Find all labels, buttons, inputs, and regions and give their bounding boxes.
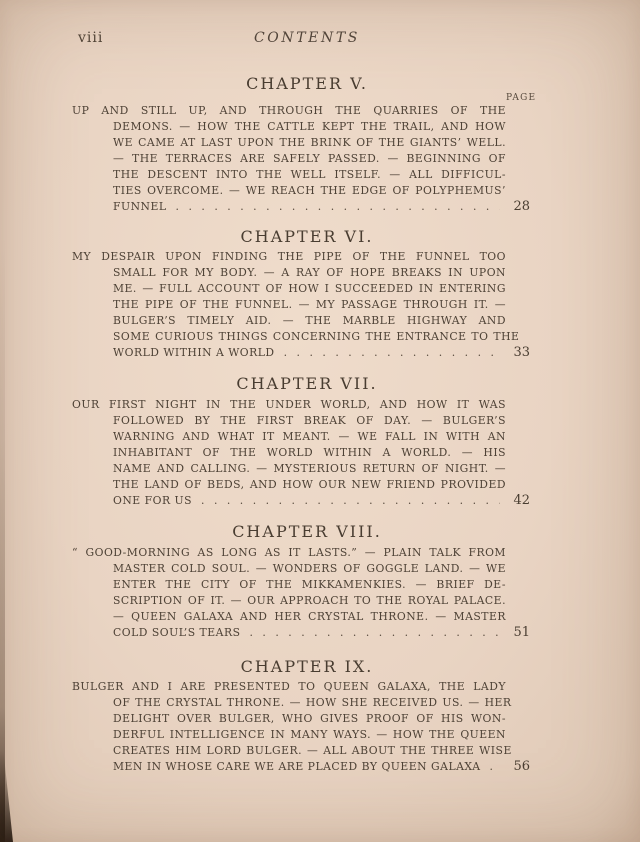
summary-line: “ GOOD-MORNING AS LONG AS IT LASTS.” — P… bbox=[72, 545, 530, 561]
dot-leader: . bbox=[490, 759, 500, 775]
summary-line: DEMONS. — HOW THE CATTLE KEPT THE TRAIL,… bbox=[72, 119, 530, 135]
summary-line: THE LAND OF BEDS, AND HOW OUR NEW FRIEND… bbox=[72, 477, 530, 493]
dot-leader: .............................. bbox=[249, 625, 500, 641]
summary-line: SCRIPTION OF IT. — OUR APPROACH TO THE R… bbox=[72, 593, 530, 609]
summary-line: NAME AND CALLING. — MYSTERIOUS RETURN OF… bbox=[72, 461, 530, 477]
summary-line: DERFUL INTELLIGENCE IN MANY WAYS. — HOW … bbox=[72, 727, 530, 743]
summary-line: THE PIPE OF THE FUNNEL. — MY PASSAGE THR… bbox=[72, 297, 530, 313]
chapter-section-ix: CHAPTER IX. BULGER AND I ARE PRESENTED T… bbox=[72, 658, 530, 775]
summary-line: CREATES HIM LORD BULGER. — ALL ABOUT THE… bbox=[72, 743, 530, 759]
chapter-summary: UP AND STILL UP, AND THROUGH THE QUARRIE… bbox=[72, 103, 530, 215]
summary-line: MASTER COLD SOUL. — WONDERS OF GOGGLE LA… bbox=[72, 561, 530, 577]
chapter-section-v: CHAPTER V. UP AND STILL UP, AND THROUGH … bbox=[72, 75, 530, 215]
chapter-section-vii: CHAPTER VII. OUR FIRST NIGHT IN THE UNDE… bbox=[72, 375, 530, 509]
summary-line: TIES OVERCOME. — WE REACH THE EDGE OF PO… bbox=[72, 183, 530, 199]
summary-line: MY DESPAIR UPON FINDING THE PIPE OF THE … bbox=[72, 249, 530, 265]
chapter-summary: “ GOOD-MORNING AS LONG AS IT LASTS.” — P… bbox=[72, 545, 530, 641]
summary-line: FUNNEL bbox=[113, 199, 167, 215]
summary-last-line: COLD SOUL’S TEARS ......................… bbox=[72, 625, 530, 641]
summary-line: WE CAME AT LAST UPON THE BRINK OF THE GI… bbox=[72, 135, 530, 151]
summary-line: BULGER’S TIMELY AID. — THE MARBLE HIGHWA… bbox=[72, 313, 530, 329]
scan-edge-shadow bbox=[0, 0, 5, 842]
summary-line: — QUEEN GALAXA AND HER CRYSTAL THRONE. —… bbox=[72, 609, 530, 625]
summary-line: COLD SOUL’S TEARS bbox=[113, 625, 240, 641]
summary-line: OF THE CRYSTAL THRONE. — HOW SHE RECEIVE… bbox=[72, 695, 530, 711]
chapter-section-viii: CHAPTER VIII. “ GOOD-MORNING AS LONG AS … bbox=[72, 523, 530, 641]
chapter-heading: CHAPTER VII. bbox=[78, 375, 536, 393]
book-page: viii CONTENTS PAGE CHAPTER V. UP AND STI… bbox=[0, 0, 640, 842]
summary-line: ENTER THE CITY OF THE MIKKAMENKIES. — BR… bbox=[72, 577, 530, 593]
summary-last-line: FUNNEL .............................. 28 bbox=[72, 199, 530, 215]
summary-line: WARNING AND WHAT IT MEANT. — WE FALL IN … bbox=[72, 429, 530, 445]
summary-line: ME. — FULL ACCOUNT OF HOW I SUCCEEDED IN… bbox=[72, 281, 530, 297]
running-head-title: CONTENTS bbox=[0, 30, 614, 46]
chapter-page-number: 56 bbox=[504, 759, 530, 775]
chapter-heading: CHAPTER VI. bbox=[78, 228, 536, 246]
chapter-summary: OUR FIRST NIGHT IN THE UNDER WORLD, AND … bbox=[72, 397, 530, 509]
chapter-page-number: 28 bbox=[504, 199, 530, 215]
summary-line: SMALL FOR MY BODY. — A RAY OF HOPE BREAK… bbox=[72, 265, 530, 281]
summary-line: OUR FIRST NIGHT IN THE UNDER WORLD, AND … bbox=[72, 397, 530, 413]
chapter-heading: CHAPTER V. bbox=[78, 75, 536, 93]
summary-line: INHABITANT OF THE WORLD WITHIN A WORLD. … bbox=[72, 445, 530, 461]
summary-last-line: MEN IN WHOSE CARE WE ARE PLACED BY QUEEN… bbox=[72, 759, 530, 775]
dot-leader: .............................. bbox=[176, 199, 500, 215]
summary-line: UP AND STILL UP, AND THROUGH THE QUARRIE… bbox=[72, 103, 530, 119]
chapter-section-vi: CHAPTER VI. MY DESPAIR UPON FINDING THE … bbox=[72, 228, 530, 361]
summary-line: WORLD WITHIN A WORLD bbox=[113, 345, 275, 361]
dot-leader: .............................. bbox=[201, 493, 500, 509]
summary-last-line: WORLD WITHIN A WORLD ...................… bbox=[72, 345, 530, 361]
summary-line: BULGER AND I ARE PRESENTED TO QUEEN GALA… bbox=[72, 679, 530, 695]
summary-last-line: ONE FOR US .............................… bbox=[72, 493, 530, 509]
summary-line: THE DESCENT INTO THE WELL ITSELF. — ALL … bbox=[72, 167, 530, 183]
chapter-heading: CHAPTER IX. bbox=[78, 658, 536, 676]
summary-line: FOLLOWED BY THE FIRST BREAK OF DAY. — BU… bbox=[72, 413, 530, 429]
summary-line: MEN IN WHOSE CARE WE ARE PLACED BY QUEEN… bbox=[113, 759, 481, 775]
summary-line: DELIGHT OVER BULGER, WHO GIVES PROOF OF … bbox=[72, 711, 530, 727]
dot-leader: .............................. bbox=[284, 345, 500, 361]
chapter-page-number: 42 bbox=[504, 493, 530, 509]
scan-corner-shadow bbox=[0, 750, 13, 842]
chapter-summary: BULGER AND I ARE PRESENTED TO QUEEN GALA… bbox=[72, 679, 530, 775]
chapter-page-number: 51 bbox=[504, 625, 530, 641]
chapter-heading: CHAPTER VIII. bbox=[78, 523, 536, 541]
summary-line: — THE TERRACES ARE SAFELY PASSED. — BEGI… bbox=[72, 151, 530, 167]
summary-line: SOME CURIOUS THINGS CONCERNING THE ENTRA… bbox=[72, 329, 530, 345]
summary-line: ONE FOR US bbox=[113, 493, 192, 509]
chapter-summary: MY DESPAIR UPON FINDING THE PIPE OF THE … bbox=[72, 249, 530, 361]
chapter-page-number: 33 bbox=[504, 345, 530, 361]
